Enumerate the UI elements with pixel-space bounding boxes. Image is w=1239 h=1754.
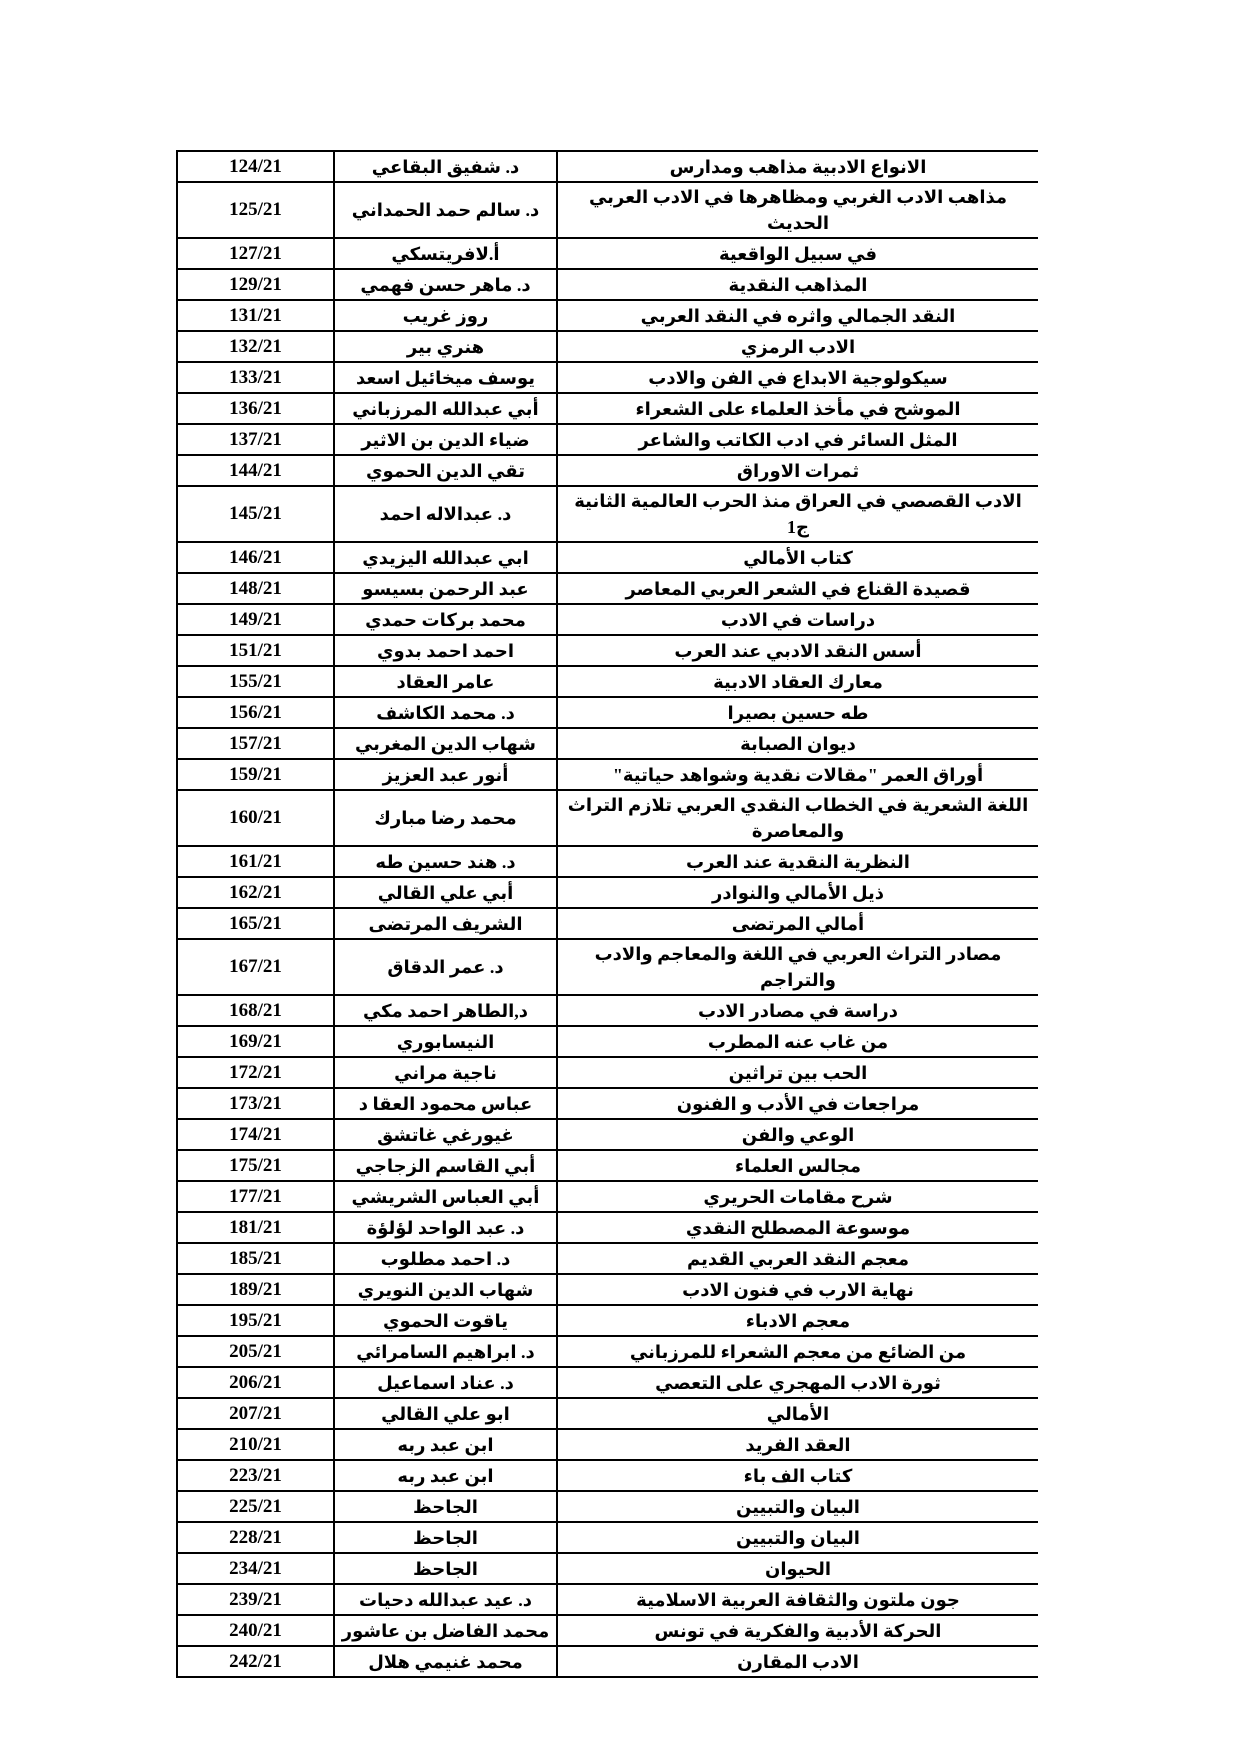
book-title-cell: ثورة الادب المهجري على التعصي: [557, 1367, 1038, 1398]
book-title-cell: أسس النقد الادبي عند العرب: [557, 635, 1038, 666]
table-row: شرح مقامات الحريري أبي العباس الشريشي 17…: [177, 1181, 1038, 1212]
book-title-cell: كتاب الف باء: [557, 1460, 1038, 1491]
catalog-number-cell: 242/21: [177, 1646, 334, 1677]
book-title-cell: من الضائع من معجم الشعراء للمرزباني: [557, 1336, 1038, 1367]
catalog-number-cell: 181/21: [177, 1212, 334, 1243]
author-cell: د. عمر الدقاق: [334, 939, 557, 995]
catalog-number-cell: 195/21: [177, 1305, 334, 1336]
catalog-number-cell: 240/21: [177, 1615, 334, 1646]
author-cell: غيورغي غاتشق: [334, 1119, 557, 1150]
author-cell: هنري بير: [334, 331, 557, 362]
table-container: الانواع الادبية مذاهب ومدارس د. شفيق الب…: [176, 150, 1037, 1678]
table-row: أوراق العمر "مقالات نقدية وشواهد حياتية"…: [177, 759, 1038, 790]
table-row: في سبيل الواقعية أ.لافريتسكي 127/21: [177, 238, 1038, 269]
author-cell: د. عبدالاله احمد: [334, 486, 557, 542]
table-row: معجم الادباء ياقوت الحموي 195/21: [177, 1305, 1038, 1336]
catalog-number-cell: 159/21: [177, 759, 334, 790]
book-title-cell: شرح مقامات الحريري: [557, 1181, 1038, 1212]
book-title-cell: الحركة الأدبية والفكرية في تونس: [557, 1615, 1038, 1646]
catalog-number-cell: 145/21: [177, 486, 334, 542]
author-cell: روز غريب: [334, 300, 557, 331]
catalog-number-cell: 172/21: [177, 1057, 334, 1088]
catalog-number-cell: 125/21: [177, 182, 334, 238]
table-row: مراجعات في الأدب و الفنون عباس محمود الع…: [177, 1088, 1038, 1119]
book-title-cell: مصادر التراث العربي في اللغة والمعاجم وا…: [557, 939, 1038, 995]
book-title-cell: البيان والتبيين: [557, 1522, 1038, 1553]
author-cell: النيسابوري: [334, 1026, 557, 1057]
table-row: دراسات في الادب محمد بركات حمدي 149/21: [177, 604, 1038, 635]
table-row: الوعي والفن غيورغي غاتشق 174/21: [177, 1119, 1038, 1150]
book-title-cell: الموشح في مأخذ العلماء على الشعراء: [557, 393, 1038, 424]
author-cell: د. عيد عبدالله دحيات: [334, 1584, 557, 1615]
table-row: نهاية الارب في فنون الادب شهاب الدين الن…: [177, 1274, 1038, 1305]
table-row: البيان والتبيين الجاحظ 225/21: [177, 1491, 1038, 1522]
author-cell: د. عبد الواحد لؤلؤة: [334, 1212, 557, 1243]
author-cell: أبي العباس الشريشي: [334, 1181, 557, 1212]
catalog-number-cell: 127/21: [177, 238, 334, 269]
table-row: الادب القصصي في العراق منذ الحرب العالمي…: [177, 486, 1038, 542]
table-row: الادب المقارن محمد غنيمي هلال 242/21: [177, 1646, 1038, 1677]
catalog-number-cell: 223/21: [177, 1460, 334, 1491]
table-row: الأمالي ابو علي القالي 207/21: [177, 1398, 1038, 1429]
table-row: جون ملتون والثقافة العربية الاسلامية د. …: [177, 1584, 1038, 1615]
book-title-cell: قصيدة القناع في الشعر العربي المعاصر: [557, 573, 1038, 604]
author-cell: د. محمد الكاشف: [334, 697, 557, 728]
author-cell: ابي عبدالله اليزيدي: [334, 542, 557, 573]
book-title-cell: الادب القصصي في العراق منذ الحرب العالمي…: [557, 486, 1038, 542]
table-row: كتاب الأمالي ابي عبدالله اليزيدي 146/21: [177, 542, 1038, 573]
book-title-cell: معارك العقاد الادبية: [557, 666, 1038, 697]
author-cell: عبد الرحمن بسيسو: [334, 573, 557, 604]
table-row: أسس النقد الادبي عند العرب احمد احمد بدو…: [177, 635, 1038, 666]
author-cell: احمد احمد بدوي: [334, 635, 557, 666]
table-row: النقد الجمالي واثره في النقد العربي روز …: [177, 300, 1038, 331]
author-cell: شهاب الدين النويري: [334, 1274, 557, 1305]
book-title-cell: مذاهب الادب الغربي ومظاهرها في الادب الع…: [557, 182, 1038, 238]
catalog-number-cell: 137/21: [177, 424, 334, 455]
author-cell: د. ابراهيم السامرائي: [334, 1336, 557, 1367]
table-row: المثل السائر في ادب الكاتب والشاعر ضياء …: [177, 424, 1038, 455]
book-title-cell: المذاهب النقدية: [557, 269, 1038, 300]
author-cell: تقي الدين الحموي: [334, 455, 557, 486]
table-row: قصيدة القناع في الشعر العربي المعاصر عبد…: [177, 573, 1038, 604]
book-title-cell: العقد الفريد: [557, 1429, 1038, 1460]
table-row: مجالس العلماء أبي القاسم الزجاجي 175/21: [177, 1150, 1038, 1181]
book-title-cell: النقد الجمالي واثره في النقد العربي: [557, 300, 1038, 331]
catalog-number-cell: 205/21: [177, 1336, 334, 1367]
catalog-number-cell: 228/21: [177, 1522, 334, 1553]
catalog-number-cell: 173/21: [177, 1088, 334, 1119]
book-title-cell: سيكولوجية الابداع في الفن والادب: [557, 362, 1038, 393]
catalog-number-cell: 129/21: [177, 269, 334, 300]
book-title-cell: موسوعة المصطلح النقدي: [557, 1212, 1038, 1243]
catalog-number-cell: 175/21: [177, 1150, 334, 1181]
table-row: طه حسين بصيرا د. محمد الكاشف 156/21: [177, 697, 1038, 728]
author-cell: أبي عبدالله المرزباني: [334, 393, 557, 424]
book-title-cell: معجم الادباء: [557, 1305, 1038, 1336]
book-title-cell: دراسة في مصادر الادب: [557, 995, 1038, 1026]
catalog-number-cell: 161/21: [177, 846, 334, 877]
author-cell: أبي القاسم الزجاجي: [334, 1150, 557, 1181]
table-row: الحيوان الجاحظ 234/21: [177, 1553, 1038, 1584]
table-body: الانواع الادبية مذاهب ومدارس د. شفيق الب…: [177, 151, 1038, 1677]
book-title-cell: الادب المقارن: [557, 1646, 1038, 1677]
author-cell: أبي علي القالي: [334, 877, 557, 908]
author-cell: ابو علي القالي: [334, 1398, 557, 1429]
author-cell: د,الطاهر احمد مكي: [334, 995, 557, 1026]
author-cell: محمد الفاضل بن عاشور: [334, 1615, 557, 1646]
book-title-cell: الأمالي: [557, 1398, 1038, 1429]
author-cell: يوسف ميخائيل اسعد: [334, 362, 557, 393]
book-title-cell: الوعي والفن: [557, 1119, 1038, 1150]
catalog-number-cell: 149/21: [177, 604, 334, 635]
table-row: موسوعة المصطلح النقدي د. عبد الواحد لؤلؤ…: [177, 1212, 1038, 1243]
book-title-cell: الحب بين تراثين: [557, 1057, 1038, 1088]
catalog-number-cell: 136/21: [177, 393, 334, 424]
catalog-number-cell: 162/21: [177, 877, 334, 908]
catalog-number-cell: 185/21: [177, 1243, 334, 1274]
book-title-cell: ديوان الصبابة: [557, 728, 1038, 759]
catalog-number-cell: 168/21: [177, 995, 334, 1026]
catalog-number-cell: 155/21: [177, 666, 334, 697]
table-row: كتاب الف باء ابن عبد ربه 223/21: [177, 1460, 1038, 1491]
book-title-cell: نهاية الارب في فنون الادب: [557, 1274, 1038, 1305]
author-cell: الجاحظ: [334, 1553, 557, 1584]
book-title-cell: المثل السائر في ادب الكاتب والشاعر: [557, 424, 1038, 455]
author-cell: محمد غنيمي هلال: [334, 1646, 557, 1677]
catalog-number-cell: 207/21: [177, 1398, 334, 1429]
author-cell: الجاحظ: [334, 1491, 557, 1522]
catalog-number-cell: 156/21: [177, 697, 334, 728]
book-title-cell: مراجعات في الأدب و الفنون: [557, 1088, 1038, 1119]
author-cell: د. ماهر حسن فهمي: [334, 269, 557, 300]
book-title-cell: ذيل الأمالي والنوادر: [557, 877, 1038, 908]
book-title-cell: طه حسين بصيرا: [557, 697, 1038, 728]
catalog-number-cell: 133/21: [177, 362, 334, 393]
author-cell: ابن عبد ربه: [334, 1429, 557, 1460]
table-row: النظرية النقدية عند العرب د. هند حسين طه…: [177, 846, 1038, 877]
table-row: دراسة في مصادر الادب د,الطاهر احمد مكي 1…: [177, 995, 1038, 1026]
table-row: سيكولوجية الابداع في الفن والادب يوسف مي…: [177, 362, 1038, 393]
catalog-number-cell: 160/21: [177, 790, 334, 846]
book-title-cell: جون ملتون والثقافة العربية الاسلامية: [557, 1584, 1038, 1615]
table-row: الحركة الأدبية والفكرية في تونس محمد الف…: [177, 1615, 1038, 1646]
book-title-cell: اللغة الشعرية في الخطاب النقدي العربي تل…: [557, 790, 1038, 846]
author-cell: عباس محمود العقا د: [334, 1088, 557, 1119]
catalog-number-cell: 151/21: [177, 635, 334, 666]
catalog-number-cell: 146/21: [177, 542, 334, 573]
book-title-cell: البيان والتبيين: [557, 1491, 1038, 1522]
author-cell: شهاب الدين المغربي: [334, 728, 557, 759]
author-cell: محمد رضا مبارك: [334, 790, 557, 846]
table-row: ثورة الادب المهجري على التعصي د. عناد اس…: [177, 1367, 1038, 1398]
catalog-number-cell: 174/21: [177, 1119, 334, 1150]
author-cell: الجاحظ: [334, 1522, 557, 1553]
author-cell: الشريف المرتضى: [334, 908, 557, 939]
library-books-table: الانواع الادبية مذاهب ومدارس د. شفيق الب…: [176, 150, 1038, 1678]
catalog-number-cell: 148/21: [177, 573, 334, 604]
table-row: من الضائع من معجم الشعراء للمرزباني د. ا…: [177, 1336, 1038, 1367]
author-cell: محمد بركات حمدي: [334, 604, 557, 635]
catalog-number-cell: 157/21: [177, 728, 334, 759]
table-row: اللغة الشعرية في الخطاب النقدي العربي تل…: [177, 790, 1038, 846]
catalog-number-cell: 210/21: [177, 1429, 334, 1460]
table-row: ذيل الأمالي والنوادر أبي علي القالي 162/…: [177, 877, 1038, 908]
book-title-cell: ثمرات الاوراق: [557, 455, 1038, 486]
author-cell: ضياء الدين بن الاثير: [334, 424, 557, 455]
book-title-cell: أمالي المرتضى: [557, 908, 1038, 939]
table-row: معجم النقد العربي القديم د. احمد مطلوب 1…: [177, 1243, 1038, 1274]
catalog-number-cell: 206/21: [177, 1367, 334, 1398]
author-cell: د. احمد مطلوب: [334, 1243, 557, 1274]
catalog-number-cell: 132/21: [177, 331, 334, 362]
table-row: الانواع الادبية مذاهب ومدارس د. شفيق الب…: [177, 151, 1038, 182]
author-cell: د. عناد اسماعيل: [334, 1367, 557, 1398]
book-title-cell: أوراق العمر "مقالات نقدية وشواهد حياتية": [557, 759, 1038, 790]
table-row: ثمرات الاوراق تقي الدين الحموي 144/21: [177, 455, 1038, 486]
table-row: الموشح في مأخذ العلماء على الشعراء أبي ع…: [177, 393, 1038, 424]
table-row: ديوان الصبابة شهاب الدين المغربي 157/21: [177, 728, 1038, 759]
table-row: البيان والتبيين الجاحظ 228/21: [177, 1522, 1038, 1553]
book-title-cell: النظرية النقدية عند العرب: [557, 846, 1038, 877]
author-cell: ياقوت الحموي: [334, 1305, 557, 1336]
catalog-number-cell: 169/21: [177, 1026, 334, 1057]
table-row: مذاهب الادب الغربي ومظاهرها في الادب الع…: [177, 182, 1038, 238]
book-title-cell: في سبيل الواقعية: [557, 238, 1038, 269]
table-row: الادب الرمزي هنري بير 132/21: [177, 331, 1038, 362]
table-row: من غاب عنه المطرب النيسابوري 169/21: [177, 1026, 1038, 1057]
author-cell: ابن عبد ربه: [334, 1460, 557, 1491]
table-row: الحب بين تراثين ناجية مراني 172/21: [177, 1057, 1038, 1088]
catalog-number-cell: 131/21: [177, 300, 334, 331]
book-title-cell: الحيوان: [557, 1553, 1038, 1584]
table-row: المذاهب النقدية د. ماهر حسن فهمي 129/21: [177, 269, 1038, 300]
book-title-cell: معجم النقد العربي القديم: [557, 1243, 1038, 1274]
author-cell: د. هند حسين طه: [334, 846, 557, 877]
table-row: العقد الفريد ابن عبد ربه 210/21: [177, 1429, 1038, 1460]
book-title-cell: مجالس العلماء: [557, 1150, 1038, 1181]
author-cell: د. سالم حمد الحمداني: [334, 182, 557, 238]
table-row: أمالي المرتضى الشريف المرتضى 165/21: [177, 908, 1038, 939]
catalog-number-cell: 234/21: [177, 1553, 334, 1584]
catalog-number-cell: 124/21: [177, 151, 334, 182]
catalog-number-cell: 225/21: [177, 1491, 334, 1522]
catalog-number-cell: 144/21: [177, 455, 334, 486]
table-row: مصادر التراث العربي في اللغة والمعاجم وا…: [177, 939, 1038, 995]
book-title-cell: دراسات في الادب: [557, 604, 1038, 635]
catalog-number-cell: 165/21: [177, 908, 334, 939]
catalog-number-cell: 177/21: [177, 1181, 334, 1212]
book-title-cell: الادب الرمزي: [557, 331, 1038, 362]
document-page: الانواع الادبية مذاهب ومدارس د. شفيق الب…: [0, 0, 1239, 1754]
author-cell: د. شفيق البقاعي: [334, 151, 557, 182]
book-title-cell: الانواع الادبية مذاهب ومدارس: [557, 151, 1038, 182]
catalog-number-cell: 167/21: [177, 939, 334, 995]
catalog-number-cell: 189/21: [177, 1274, 334, 1305]
author-cell: أنور عبد العزيز: [334, 759, 557, 790]
book-title-cell: كتاب الأمالي: [557, 542, 1038, 573]
book-title-cell: من غاب عنه المطرب: [557, 1026, 1038, 1057]
author-cell: عامر العقاد: [334, 666, 557, 697]
table-row: معارك العقاد الادبية عامر العقاد 155/21: [177, 666, 1038, 697]
author-cell: أ.لافريتسكي: [334, 238, 557, 269]
author-cell: ناجية مراني: [334, 1057, 557, 1088]
catalog-number-cell: 239/21: [177, 1584, 334, 1615]
